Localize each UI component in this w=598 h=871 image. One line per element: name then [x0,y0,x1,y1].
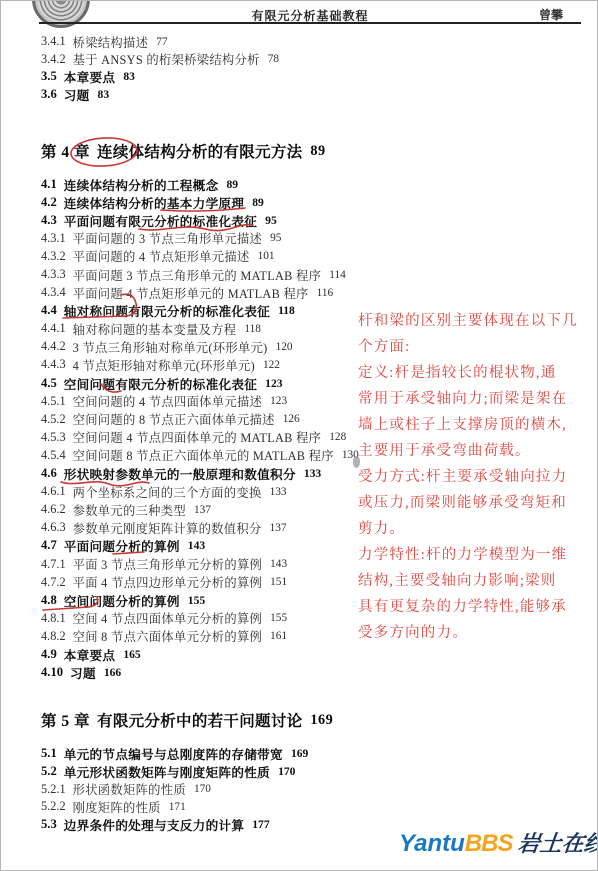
toc-entry-title: 空间问题的 8 节点正六面体单元描述 [73,410,275,428]
toc-entry-number: 4.5.2 [41,412,66,427]
toc-entry-number: 4.3.2 [41,249,66,264]
toc-entry-title: 本章要点 [64,645,116,664]
toc-entry-title: 空间 4 节点四面体单元分析的算例 [73,609,263,627]
toc-row: 5.2.1形状函数矩阵的性质170 [41,780,401,798]
toc-row: 4.3.3平面问题 3 节点三角形单元的 MATLAB 程序114 [41,265,401,283]
toc-row: 3.6习题83 [41,86,401,104]
annotation-line: 结构,主要受轴向力影响;梁则 [358,568,598,594]
toc-row: 5.2.2刚度矩阵的性质171 [41,798,401,816]
toc-row: 4.8.1空间 4 节点四面体单元分析的算例155 [41,609,401,627]
toc-entry-title: 单元形状函数矩阵与刚度矩阵的性质 [64,762,270,781]
toc-entry-title: 空间问题 8 节点正六面体单元的 MATLAB 程序 [73,446,334,464]
author-name: 曾攀 [539,6,563,23]
toc-entry-page: 114 [329,269,346,281]
annotation-line: 剪力。 [358,516,598,542]
toc-entry-page: 83 [123,70,135,83]
toc-row: 5.2单元形状函数矩阵与刚度矩阵的性质170 [41,763,401,781]
toc-row: 3.5本章要点83 [41,68,401,86]
toc-entry-title: 参数单元刚度矩阵计算的数值积分 [73,519,262,537]
red-annotation-note: 杆和梁的区别主要体现在以下几个方面:定义:杆是指较长的棍状物,通常用于承受轴向力… [358,308,598,646]
toc-entry-number: 4.7.1 [41,557,66,572]
toc-entry-page: 169 [310,712,333,729]
toc-entry-page: 143 [270,558,287,570]
toc-entry-number: 4.6.2 [41,502,66,517]
toc-entry-page: 95 [265,214,277,227]
toc-entry-title: 习题 [64,85,90,104]
toc-entry-title: 空间 8 节点六面体单元分析的算例 [73,627,263,645]
toc-entry-title: 习题 [70,663,96,682]
annotation-line: 或压力,而梁则能够承受弯矩和 [358,490,598,516]
annotation-line: 个方面: [358,334,598,360]
toc-entry-number: 4.2 [41,195,57,210]
toc-entry-page: 155 [188,594,205,607]
toc-entry-title: 平面问题的 4 节点矩形单元描述 [73,247,250,265]
toc-entry-number: 4.1 [41,177,57,192]
toc-entry-title: 轴对称问题的基本变量及方程 [73,320,237,338]
toc-entry-title: 形状函数矩阵的性质 [73,780,186,798]
toc-entry-number: 4.5.1 [41,394,66,409]
toc-entry-number: 4.9 [41,647,57,662]
toc-entry-page: 133 [304,467,321,480]
toc-entry-number: 5.3 [41,817,57,832]
annotation-line: 具有更复杂的力学特性,能够承 [358,594,598,620]
toc-entry-number: 4.5.4 [41,448,66,463]
toc-entry-page: 137 [194,504,211,516]
toc-entry-page: 165 [123,648,140,661]
annotation-line: 受多方向的力。 [358,620,598,646]
toc-row: 4.4.1轴对称问题的基本变量及方程118 [41,320,401,338]
toc-entry-page: 143 [188,539,205,552]
toc-entry-page: 123 [265,377,282,390]
toc-entry-number: 3.6 [41,87,57,102]
toc-row: 4.5.3空间问题 4 节点四面体单元的 MATLAB 程序128 [41,428,401,446]
toc-entry-title: 有限元分析中的若干问题讨论 [97,709,302,731]
toc-entry-title: 连续体结构分析的工程概念 [64,175,219,194]
annotation-line: 受力方式:杆主要承受轴向拉力 [358,464,598,490]
toc-entry-title: 参数单元的三种类型 [73,501,186,519]
toc-entry-number: 4.4.1 [41,321,66,336]
toc-entry-title: 平面问题的 3 节点三角形单元描述 [73,229,263,247]
toc-entry-number: 4.3 [41,213,57,228]
toc-entry-number: 3.5 [41,69,57,84]
toc-entry-title: 轴对称问题有限元分析的标准化表征 [64,301,270,320]
toc-row: 4.5.1空间问题的 4 节点四面体单元描述123 [41,392,401,410]
toc-entry-page: 133 [270,486,287,498]
toc-entry-number: 5.2.1 [41,782,66,797]
toc-entry-number: 4.8.1 [41,611,66,626]
toc-entry-number: 5.2 [41,764,57,779]
toc-entry-number: 4.4.3 [41,357,66,372]
toc-row: 4.7平面问题分析的算例143 [41,537,401,555]
toc-entry-number: 4.6.1 [41,484,66,499]
toc-entry-page: 118 [244,323,261,335]
toc-entry-title: 基于 ANSYS 的桁架桥梁结构分析 [73,50,260,68]
toc-entry-title: 连续体结构分析的基本力学原理 [64,193,245,212]
toc-entry-page: 120 [276,341,293,353]
toc-row: 4.8.2空间 8 节点六面体单元分析的算例161 [41,627,401,645]
annotation-line: 墙上或柱子上支撑房顶的横木, [358,412,598,438]
toc-entry-page: 151 [270,576,287,588]
toc-entry-title: 形状映射参数单元的一般原理和数值积分 [64,464,296,483]
toc-entry-title: 刚度矩阵的性质 [73,798,161,816]
toc-entry-page: 116 [317,287,334,299]
toc-row: 4.4.23 节点三角形轴对称单元(环形单元)120 [41,338,401,356]
toc-row: 3.4.1桥梁结构描述77 [41,33,401,51]
logo-yantu-text: Yantu [399,830,465,857]
toc-row: 5.1单元的节点编号与总刚度阵的存储带宽169 [41,745,401,763]
toc-entry-page: 89 [252,196,264,209]
toc-row: 4.6.1两个坐标系之间的三个方面的变换133 [41,483,401,501]
annotation-line: 力学特性:杆的力学模型为一维 [358,542,598,568]
toc-row: 4.5空间问题有限元分析的标准化表征123 [41,374,401,392]
toc-entry-title: 边界条件的处理与支反力的计算 [64,815,245,834]
toc-entry-number: 4.10 [41,665,63,680]
toc-entry-page: 89 [226,178,238,191]
logo-cn-text: 岩土在线 [517,827,598,858]
toc-entry-page: 122 [263,359,280,371]
toc-entry-page: 161 [270,630,287,642]
toc-row: 4.6.2参数单元的三种类型137 [41,501,401,519]
toc-row: 4.3.4平面问题 4 节点矩形单元的 MATLAB 程序116 [41,284,401,302]
toc-entry-title: 单元的节点编号与总刚度阵的存储带宽 [64,744,283,763]
toc-row: 4.10习题166 [41,664,401,682]
toc-entry-number: 4.6.3 [41,520,66,535]
toc-row: 4.1连续体结构分析的工程概念89 [41,175,401,193]
toc-entry-title: 连续体结构分析的有限元方法 [97,140,302,162]
toc-entry-title: 平面问题 3 节点三角形单元的 MATLAB 程序 [73,266,322,284]
toc-entry-number: 4.4.2 [41,339,66,354]
toc-row: 4.6形状映射参数单元的一般原理和数值积分133 [41,465,401,483]
toc-entry-number: 第 5 章 [41,709,90,731]
toc-entry-title: 桥梁结构描述 [73,33,149,51]
toc-row: 5.3边界条件的处理与支反力的计算177 [41,816,401,834]
toc-row: 4.2连续体结构分析的基本力学原理89 [41,193,401,211]
toc-entry-page: 78 [268,53,279,65]
toc-entry-number: 4.7 [41,538,57,553]
toc-entry-title: 空间问题有限元分析的标准化表征 [64,374,257,393]
toc-entry-number: 4.6 [41,466,57,481]
table-of-contents: 3.4.1桥梁结构描述773.4.2基于 ANSYS 的桁架桥梁结构分析783.… [41,33,401,833]
toc-entry-number: 4.5 [41,376,57,391]
toc-entry-page: 95 [270,232,281,244]
toc-entry-number: 3.4.2 [41,52,66,67]
toc-entry-page: 170 [194,783,211,795]
toc-entry-title: 3 节点三角形轴对称单元(环形单元) [73,338,268,356]
toc-entry-page: 171 [169,801,186,813]
toc-entry-title: 平面 3 节点三角形单元分析的算例 [73,555,263,573]
toc-entry-title: 平面问题分析的算例 [64,536,180,555]
toc-entry-page: 177 [252,818,269,831]
toc-entry-number: 4.7.2 [41,575,66,590]
toc-entry-number: 4.4 [41,303,57,318]
toc-row: 4.5.4空间问题 8 节点正六面体单元的 MATLAB 程序130 [41,446,401,464]
annotation-line: 主要用于承受弯曲荷载。 [358,438,598,464]
toc-entry-number: 5.1 [41,746,57,761]
toc-entry-number: 4.3.1 [41,231,66,246]
toc-entry-number: 4.5.3 [41,430,66,445]
toc-entry-title: 平面问题 4 节点矩形单元的 MATLAB 程序 [73,284,309,302]
toc-entry-title: 平面问题有限元分析的标准化表征 [64,211,257,230]
toc-row: 4.9本章要点165 [41,645,401,663]
toc-entry-number: 4.8 [41,593,57,608]
toc-entry-title: 两个坐标系之间的三个方面的变换 [73,483,262,501]
toc-row: 3.4.2基于 ANSYS 的桁架桥梁结构分析78 [41,51,401,69]
toc-entry-page: 126 [283,413,300,425]
toc-entry-page: 118 [278,304,295,317]
annotation-line: 常用于承受轴向力;而梁是架在 [358,386,598,412]
toc-entry-page: 128 [329,431,346,443]
toc-entry-page: 77 [156,36,167,48]
toc-entry-page: 166 [104,666,121,679]
annotation-line: 定义:杆是指较长的棍状物,通 [358,360,598,386]
text-cursor-icon [353,456,360,468]
toc-entry-page: 155 [270,612,287,624]
yantubbs-logo: YantuBBS岩土在线 [399,827,598,858]
toc-entry-title: 4 节点矩形轴对称单元(环形单元) [73,356,255,374]
toc-entry-number: 4.3.3 [41,267,66,282]
toc-entry-title: 空间问题分析的算例 [64,591,180,610]
toc-row: 4.8空间问题分析的算例155 [41,591,401,609]
toc-entry-number: 第 4 章 [41,140,90,162]
toc-entry-title: 空间问题的 4 节点四面体单元描述 [73,392,263,410]
toc-row: 4.3.2平面问题的 4 节点矩形单元描述101 [41,247,401,265]
toc-entry-page: 137 [270,522,287,534]
page-header: 有限元分析基础教程 曾攀 [39,1,581,24]
toc-entry-page: 89 [310,143,325,160]
toc-entry-page: 101 [258,250,275,262]
toc-entry-page: 170 [278,765,295,778]
toc-entry-page: 83 [98,88,110,101]
toc-entry-title: 本章要点 [64,67,116,86]
toc-entry-number: 4.3.4 [41,285,66,300]
toc-entry-page: 169 [291,747,308,760]
toc-row: 4.3.1平面问题的 3 节点三角形单元描述95 [41,229,401,247]
book-title: 有限元分析基础教程 [251,7,368,24]
toc-entry-title: 空间问题 4 节点四面体单元的 MATLAB 程序 [73,428,322,446]
toc-chapter-row: 第 4 章连续体结构分析的有限元方法89 [41,139,401,163]
toc-row: 4.7.1平面 3 节点三角形单元分析的算例143 [41,555,401,573]
document-page: 有限元分析基础教程 曾攀 3.4.1桥梁结构描述773.4.2基于 ANSYS … [0,0,598,871]
toc-row: 4.6.3参数单元刚度矩阵计算的数值积分137 [41,519,401,537]
toc-row: 4.7.2平面 4 节点四边形单元分析的算例151 [41,573,401,591]
toc-chapter-row: 第 5 章有限元分析中的若干问题讨论169 [41,708,401,732]
toc-row: 4.4轴对称问题有限元分析的标准化表征118 [41,302,401,320]
toc-row: 4.3平面问题有限元分析的标准化表征95 [41,211,401,229]
toc-entry-number: 5.2.2 [41,799,66,814]
toc-entry-number: 4.8.2 [41,629,66,644]
logo-bbs-text: BBS [465,830,513,857]
toc-entry-page: 123 [270,395,287,407]
annotation-line: 杆和梁的区别主要体现在以下几 [358,308,598,334]
toc-entry-number: 3.4.1 [41,34,66,49]
toc-row: 4.5.2空间问题的 8 节点正六面体单元描述126 [41,410,401,428]
toc-entry-title: 平面 4 节点四边形单元分析的算例 [73,573,263,591]
toc-row: 4.4.34 节点矩形轴对称单元(环形单元)122 [41,356,401,374]
